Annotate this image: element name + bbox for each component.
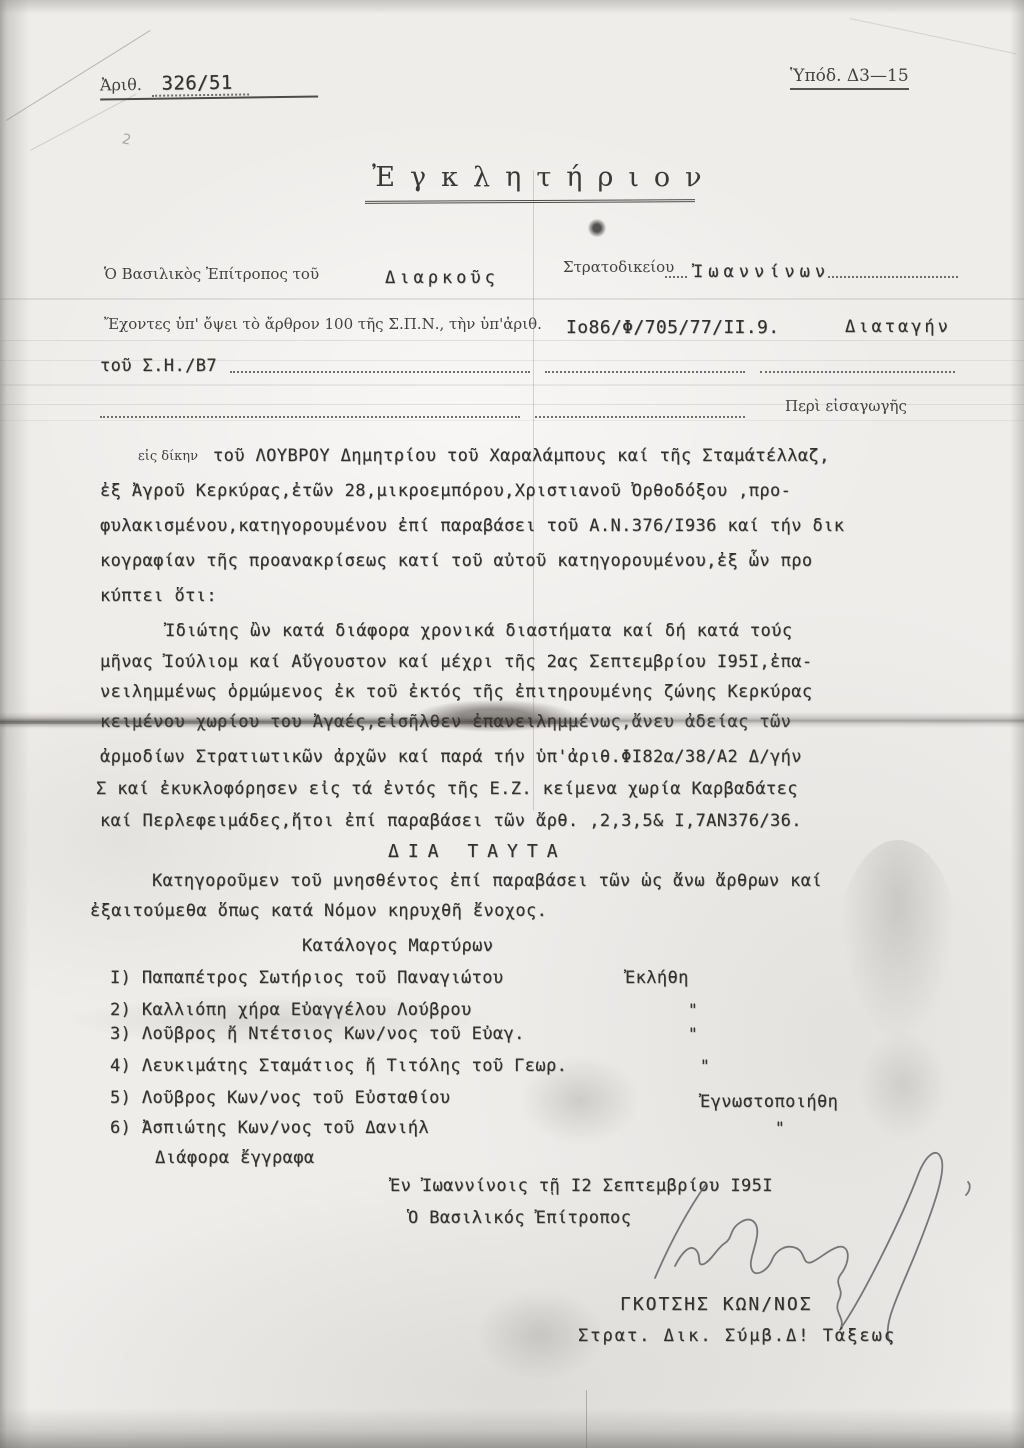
signer-name: ΓΚΟΤΣΗΣ ΚΩΝ/ΝΟΣ <box>620 1294 813 1315</box>
witness-status: " <box>688 1024 698 1043</box>
signature-flourish <box>841 1153 942 1342</box>
witness-row: 5) Λοῦβρος Κων/νος τοῦ Εὐσταθίου <box>110 1088 450 1108</box>
signature-pen-mark <box>966 1182 970 1195</box>
witness-name: Καλλιόπη χήρα Εὐαγγέλου Λούβρου <box>142 1000 472 1020</box>
pencil-mark: 2 <box>120 131 132 149</box>
header-court-typed: Ἰωαννίνων <box>693 262 830 282</box>
scan-streak <box>0 384 1024 386</box>
document-title: Ἐγκλητήριον <box>372 162 717 193</box>
ink-spot <box>588 218 606 238</box>
body-line: μῆνας Ἰούλιομ καί Αὔγουστον καί μέχρι τῆ… <box>100 652 813 672</box>
header-authority-typed: Διαρκοῦς <box>385 268 499 288</box>
witness-number: 4) <box>110 1056 131 1076</box>
witness-number: 5) <box>110 1088 131 1108</box>
signature-scrawl <box>675 1220 838 1274</box>
witness-number: 2) <box>110 1000 131 1020</box>
witness-row: 4) Λευκιμάτης Σταμάτιος ἤ Τιτόλης τοῦ Γε… <box>110 1056 567 1076</box>
reference-number-block: Ἀριθ. 326/51 <box>100 70 318 100</box>
scan-shadow-bottom <box>0 1408 1024 1448</box>
dotted-leader <box>828 258 958 278</box>
file-reference: Ὑπόδ. Δ3—15 <box>790 66 909 90</box>
dotted-leader <box>545 353 745 373</box>
dia-tauta-heading: ΔΙΑ ΤΑΥΤΑ <box>388 841 567 862</box>
witness-row: 2) Καλλιόπη χήρα Εὐαγγέλου Λούβρου <box>110 1000 472 1020</box>
documents-note: Διάφορα ἔγγραφα <box>155 1148 315 1168</box>
scan-shadow-top <box>0 0 1024 14</box>
witness-row: 3) Λοῦβρος ἤ Ντέτσιος Κων/νος τοῦ Εὐαγ. <box>110 1024 525 1044</box>
gray-stain <box>858 1030 948 1140</box>
scanned-document-page: Ἀριθ. 326/51 2 Ὑπόδ. Δ3—15 Ἐγκλητήριον Ὁ… <box>0 0 1024 1448</box>
signature-initial-stroke <box>655 1184 706 1278</box>
body-line: τοῦ ΛΟΥΒΡΟΥ Δημητρίου τοῦ Χαραλάμπους κα… <box>213 446 830 466</box>
body-line: καί Περλεφειμάδες,ἤτοι ἐπί παραβάσει τῶν… <box>100 811 802 831</box>
header-order-ref-typed: Ιο86/Φ/705/77/ΙΙ.9. <box>566 317 780 338</box>
charge-line: Κατηγοροῦμεν τοῦ μνησθέντος ἐπί παραβάσε… <box>152 871 822 891</box>
header-court-label: Στρατοδικείου <box>563 258 674 276</box>
body-line: Ἰδιώτης ὢν κατά διάφορα χρονικά διαστήμα… <box>165 621 792 641</box>
body-line: ἀρμοδίων Στρατιωτικῶν ἀρχῶν καί παρά τήν… <box>100 747 802 767</box>
body-line: ἐξ Ἀγροῦ Κερκύρας,ἐτῶν 28,μικροεμπόρου,Χ… <box>100 481 791 501</box>
title-underline <box>365 199 695 204</box>
dotted-leader <box>535 398 745 418</box>
charge-line: ἐξαιτούμεθα ὅπως κατά Νόμον κηρυχθῆ ἔνοχ… <box>90 901 547 921</box>
signer-rank: Στρατ. Δικ. Σύμβ.Δ! Τάξεως <box>578 1326 896 1346</box>
witness-status: " <box>775 1118 785 1137</box>
signature-tail <box>837 1247 848 1328</box>
dotted-leader <box>100 398 520 418</box>
dotted-leader <box>760 353 955 373</box>
witness-number: 3) <box>110 1024 131 1044</box>
body-line: Σ καί ἐκυκλοφόρησεν εἰς τά ἐντός τῆς Ε.Ζ… <box>96 779 798 799</box>
body-line: κογραφίαν τῆς προανακρίσεως κατί τοῦ αὐτ… <box>100 551 813 571</box>
witness-name: Λευκιμάτης Σταμάτιος ἤ Τιτόλης τοῦ Γεωρ. <box>142 1056 567 1076</box>
header-sh-b7-typed: τοῦ Σ.Η./Β7 <box>100 356 217 376</box>
witness-status: Ἐγνωστοποιήθη <box>700 1092 838 1112</box>
body-line: νειλημμένως ὁρμώμενος ἐκ τοῦ ἐκτός τῆς ἐ… <box>100 682 813 702</box>
witness-status: Ἐκλήθη <box>625 968 689 988</box>
gray-stain <box>838 840 958 1050</box>
scan-streak <box>0 340 1024 341</box>
witness-name: Ἀσπιώτης Κων/νος τοῦ Δανιήλ <box>142 1118 429 1138</box>
corner-crease-line <box>850 18 1016 54</box>
witness-name: Λοῦβρος Κων/νος τοῦ Εὐσταθίου <box>142 1088 450 1108</box>
closing-signer-title: Ὁ Βασιλικός Ἐπίτροπος <box>408 1208 631 1228</box>
header-authority-label: Ὁ Βασιλικὸς Ἐπίτροπος τοῦ <box>104 265 319 283</box>
witness-name: Λοῦβρος ἤ Ντέτσιος Κων/νος τοῦ Εὐαγ. <box>142 1024 525 1044</box>
body-line: κύπτει ὅτι: <box>100 586 217 606</box>
body-line: κειμένου χωρίου του Ἀγαές,εἰσῆλθεν ἐπανε… <box>100 712 791 732</box>
scan-streak <box>0 420 1024 421</box>
dotted-leader <box>230 353 530 373</box>
vertical-fold <box>586 1390 587 1448</box>
witness-name: Παπαπέτρος Σωτήριος τοῦ Παναγιώτου <box>142 968 504 988</box>
header-article-line: Ἔχοντες ὑπ' ὄψει τὸ ἄρθρον 100 τῆς Σ.Π.Ν… <box>104 315 542 333</box>
header-order-word-typed: Διαταγήν <box>845 317 951 337</box>
witness-list-header: Κατάλογος Μαρτύρων <box>302 936 493 956</box>
body-intro-label: εἰς δίκην <box>138 449 198 464</box>
witness-number: Ι) <box>110 968 131 988</box>
witness-status: " <box>688 1000 698 1019</box>
scan-streak <box>0 298 1024 300</box>
witness-number: 6) <box>110 1118 131 1138</box>
body-line: φυλακισμένου,κατηγορουμένου ἐπί παραβάσε… <box>100 516 844 536</box>
dotted-leader <box>665 258 687 278</box>
witness-row: 6) Ἀσπιώτης Κων/νος τοῦ Δανιήλ <box>110 1118 429 1138</box>
reference-number-value: 326/51 <box>151 71 248 96</box>
witness-row: Ι) Παπαπέτρος Σωτήριος τοῦ Παναγιώτου <box>110 968 504 988</box>
reference-number-label: Ἀριθ. <box>100 75 142 95</box>
witness-status: " <box>700 1056 710 1075</box>
header-subject-label: Περὶ εἰσαγωγῆς <box>785 397 907 415</box>
